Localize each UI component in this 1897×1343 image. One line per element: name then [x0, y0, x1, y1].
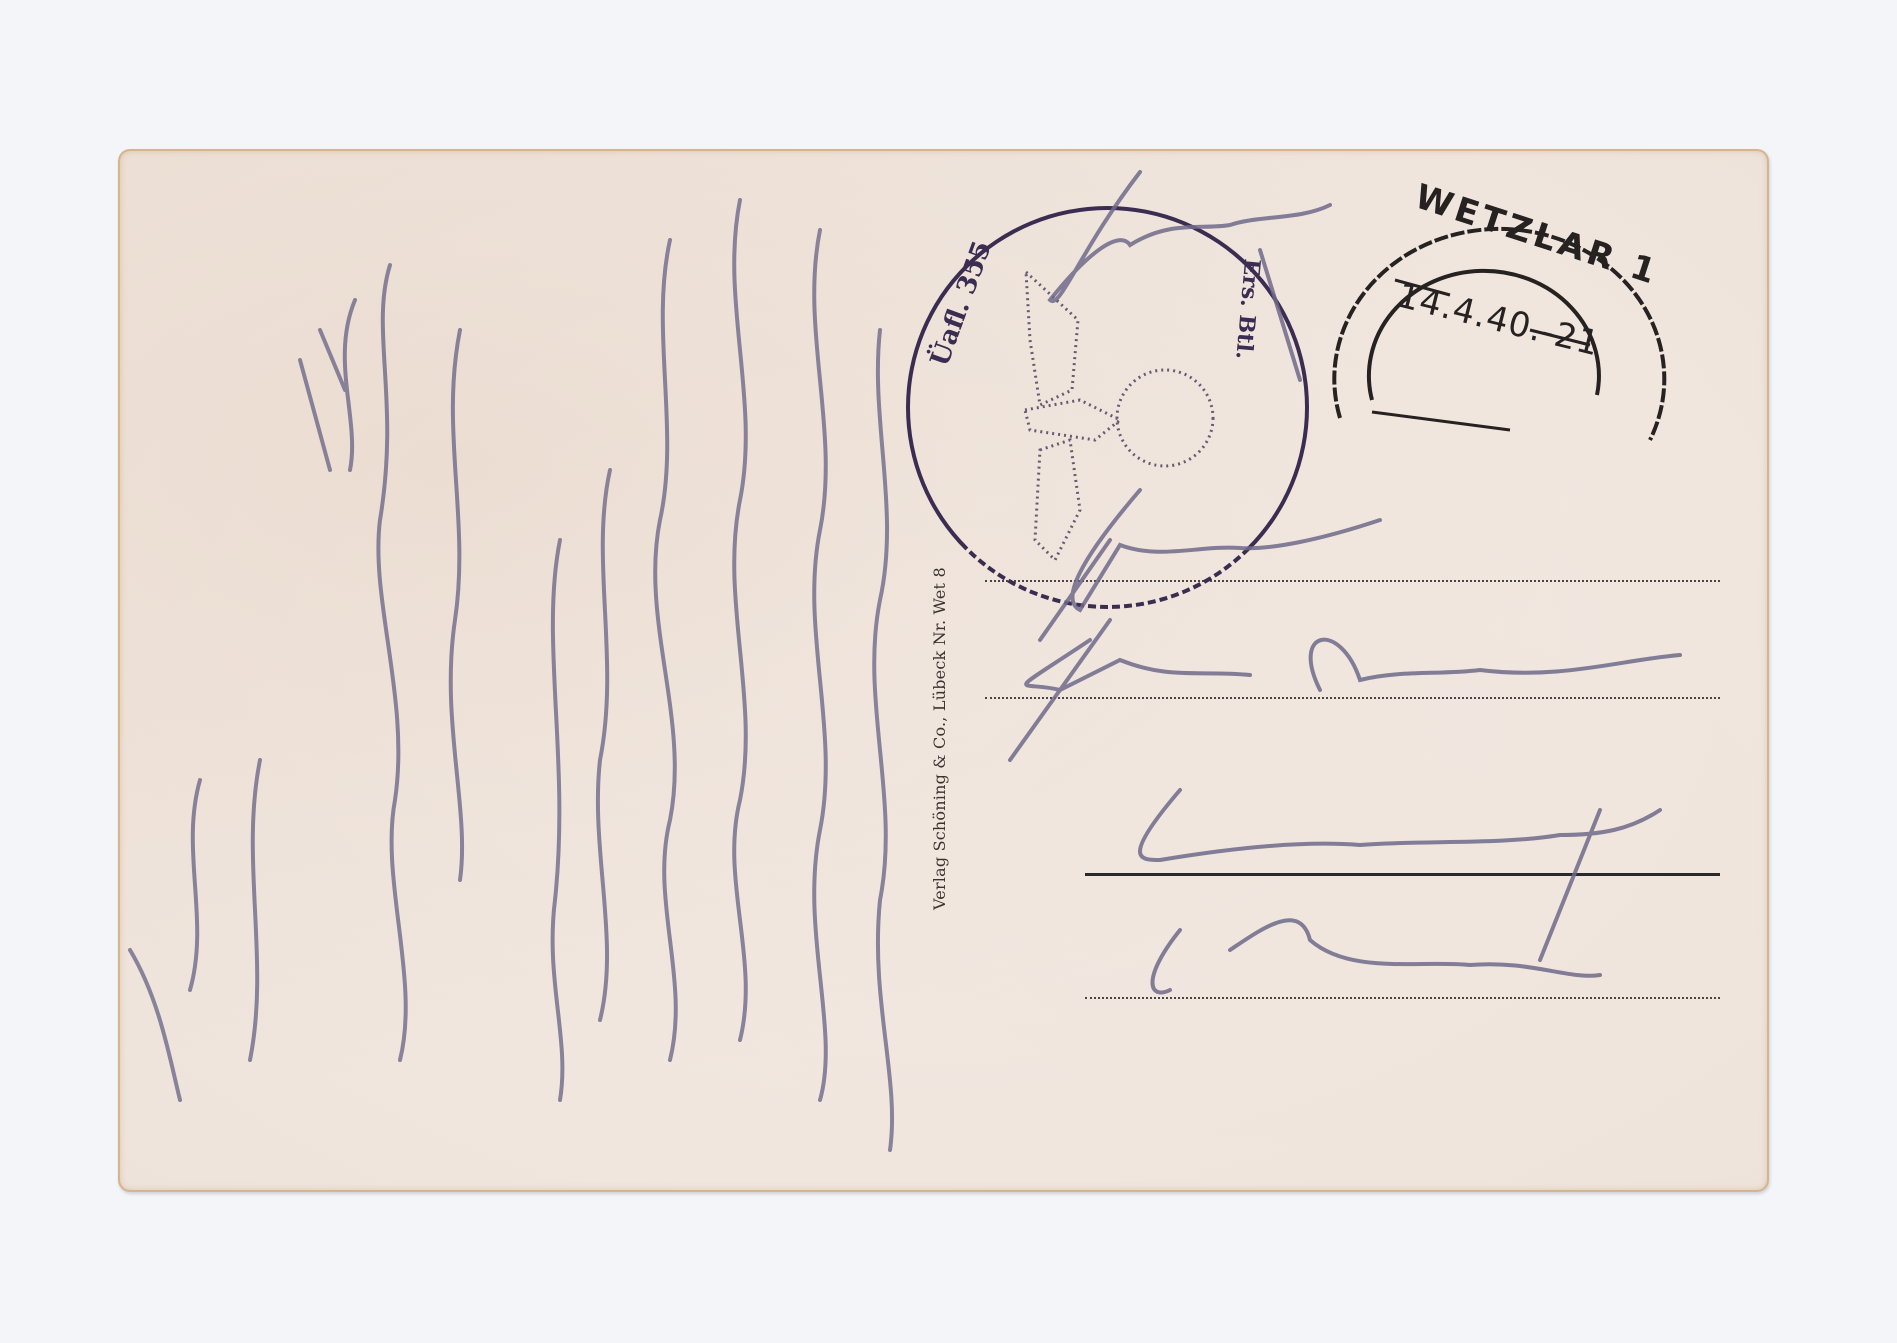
address-handwriting	[1010, 172, 1680, 993]
message-handwriting	[130, 200, 892, 1150]
stamps-svg	[0, 0, 1897, 1343]
